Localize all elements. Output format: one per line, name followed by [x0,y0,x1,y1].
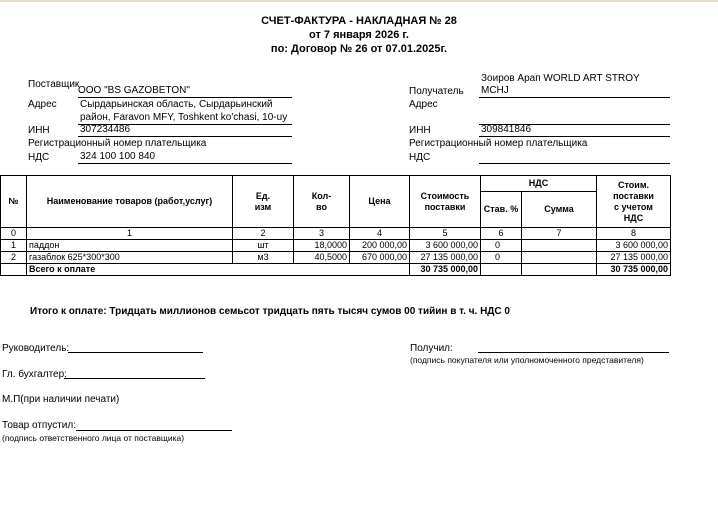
recipient-reg-label: Регистрационный номер плательщика [409,138,587,149]
received-signature-line [478,352,669,353]
recipient-vat-label: НДС [409,152,430,163]
document-date: от 7 января 2026 г. [0,29,718,41]
recipient-inn: 309841846 [479,124,670,137]
header-price: Цена [350,176,410,228]
footer-cost: 30 735 000,00 [410,264,481,276]
accountant-label: Гл. бухгалтер: [2,369,67,380]
received-note: (подпись покупателя или уполномоченного … [410,355,644,365]
header-vat-rate: Став. % [481,192,522,228]
recipient-name-line1: Зоиров Арап WORLD ART STROY [481,73,640,84]
supplier-label: Поставщик [28,79,79,90]
contract-line: по: Договор № 26 от 07.01.2025г. [0,43,718,55]
released-label: Товар отпустил: [2,420,76,431]
released-signature-line [76,430,232,431]
header-total: Стоим.поставкис учетомНДС [597,176,671,228]
recipient-inn-label: ИНН [409,125,431,136]
header-unit: Ед.изм [233,176,294,228]
supplier-inn-label: ИНН [28,125,50,136]
supplier-inn: 307234486 [78,124,292,137]
supplier-address-label: Адрес [28,99,57,110]
column-number-row: 0 1 2 3 4 5 6 7 8 [1,228,671,240]
supplier-vat: 324 100 100 840 [78,151,292,164]
released-note: (подпись ответственного лица от поставщи… [2,433,184,443]
recipient-name-line2: MCHJ [479,85,670,98]
top-border [0,0,718,2]
total-in-words: Итого к оплате: Тридцать миллионов семьс… [30,306,510,317]
header-vat-group: НДС [481,176,597,192]
received-label: Получил: [410,343,453,354]
director-label: Руководитель: [2,343,69,354]
director-signature-line [68,352,203,353]
footer-label: Всего к оплате [27,264,410,276]
header-cost: Стоимостьпоставки [410,176,481,228]
recipient-address-label: Адрес [409,99,438,110]
invoice-table: № Наименование товаров (работ,услуг) Ед.… [0,175,671,276]
supplier-reg-label: Регистрационный номер плательщика [28,138,206,149]
header-no: № [1,176,27,228]
table-row: 1 паддон шт 18,0000 200 000,00 3 600 000… [1,240,671,252]
accountant-signature-line [64,378,205,379]
header-vat-sum: Сумма [522,192,597,228]
supplier-address-line1: Сырдарьинская область, Сырдарьинский [80,99,273,110]
recipient-vat-line [479,163,670,164]
header-qty: Кол-во [294,176,350,228]
footer-total: 30 735 000,00 [597,264,671,276]
table-row: 2 газаблок 625*300*300 м3 40,5000 670 00… [1,252,671,264]
document-title: СЧЕТ-ФАКТУРА - НАКЛАДНАЯ № 28 [0,15,718,27]
supplier-name: ООО "BS GAZOBETON" [78,85,292,98]
supplier-vat-label: НДС [28,152,49,163]
recipient-label: Получатель [409,86,464,97]
header-name: Наименование товаров (работ,услуг) [27,176,233,228]
table-footer-row: Всего к оплате 30 735 000,00 30 735 000,… [1,264,671,276]
stamp-label: М.П(при наличии печати) [2,394,119,405]
